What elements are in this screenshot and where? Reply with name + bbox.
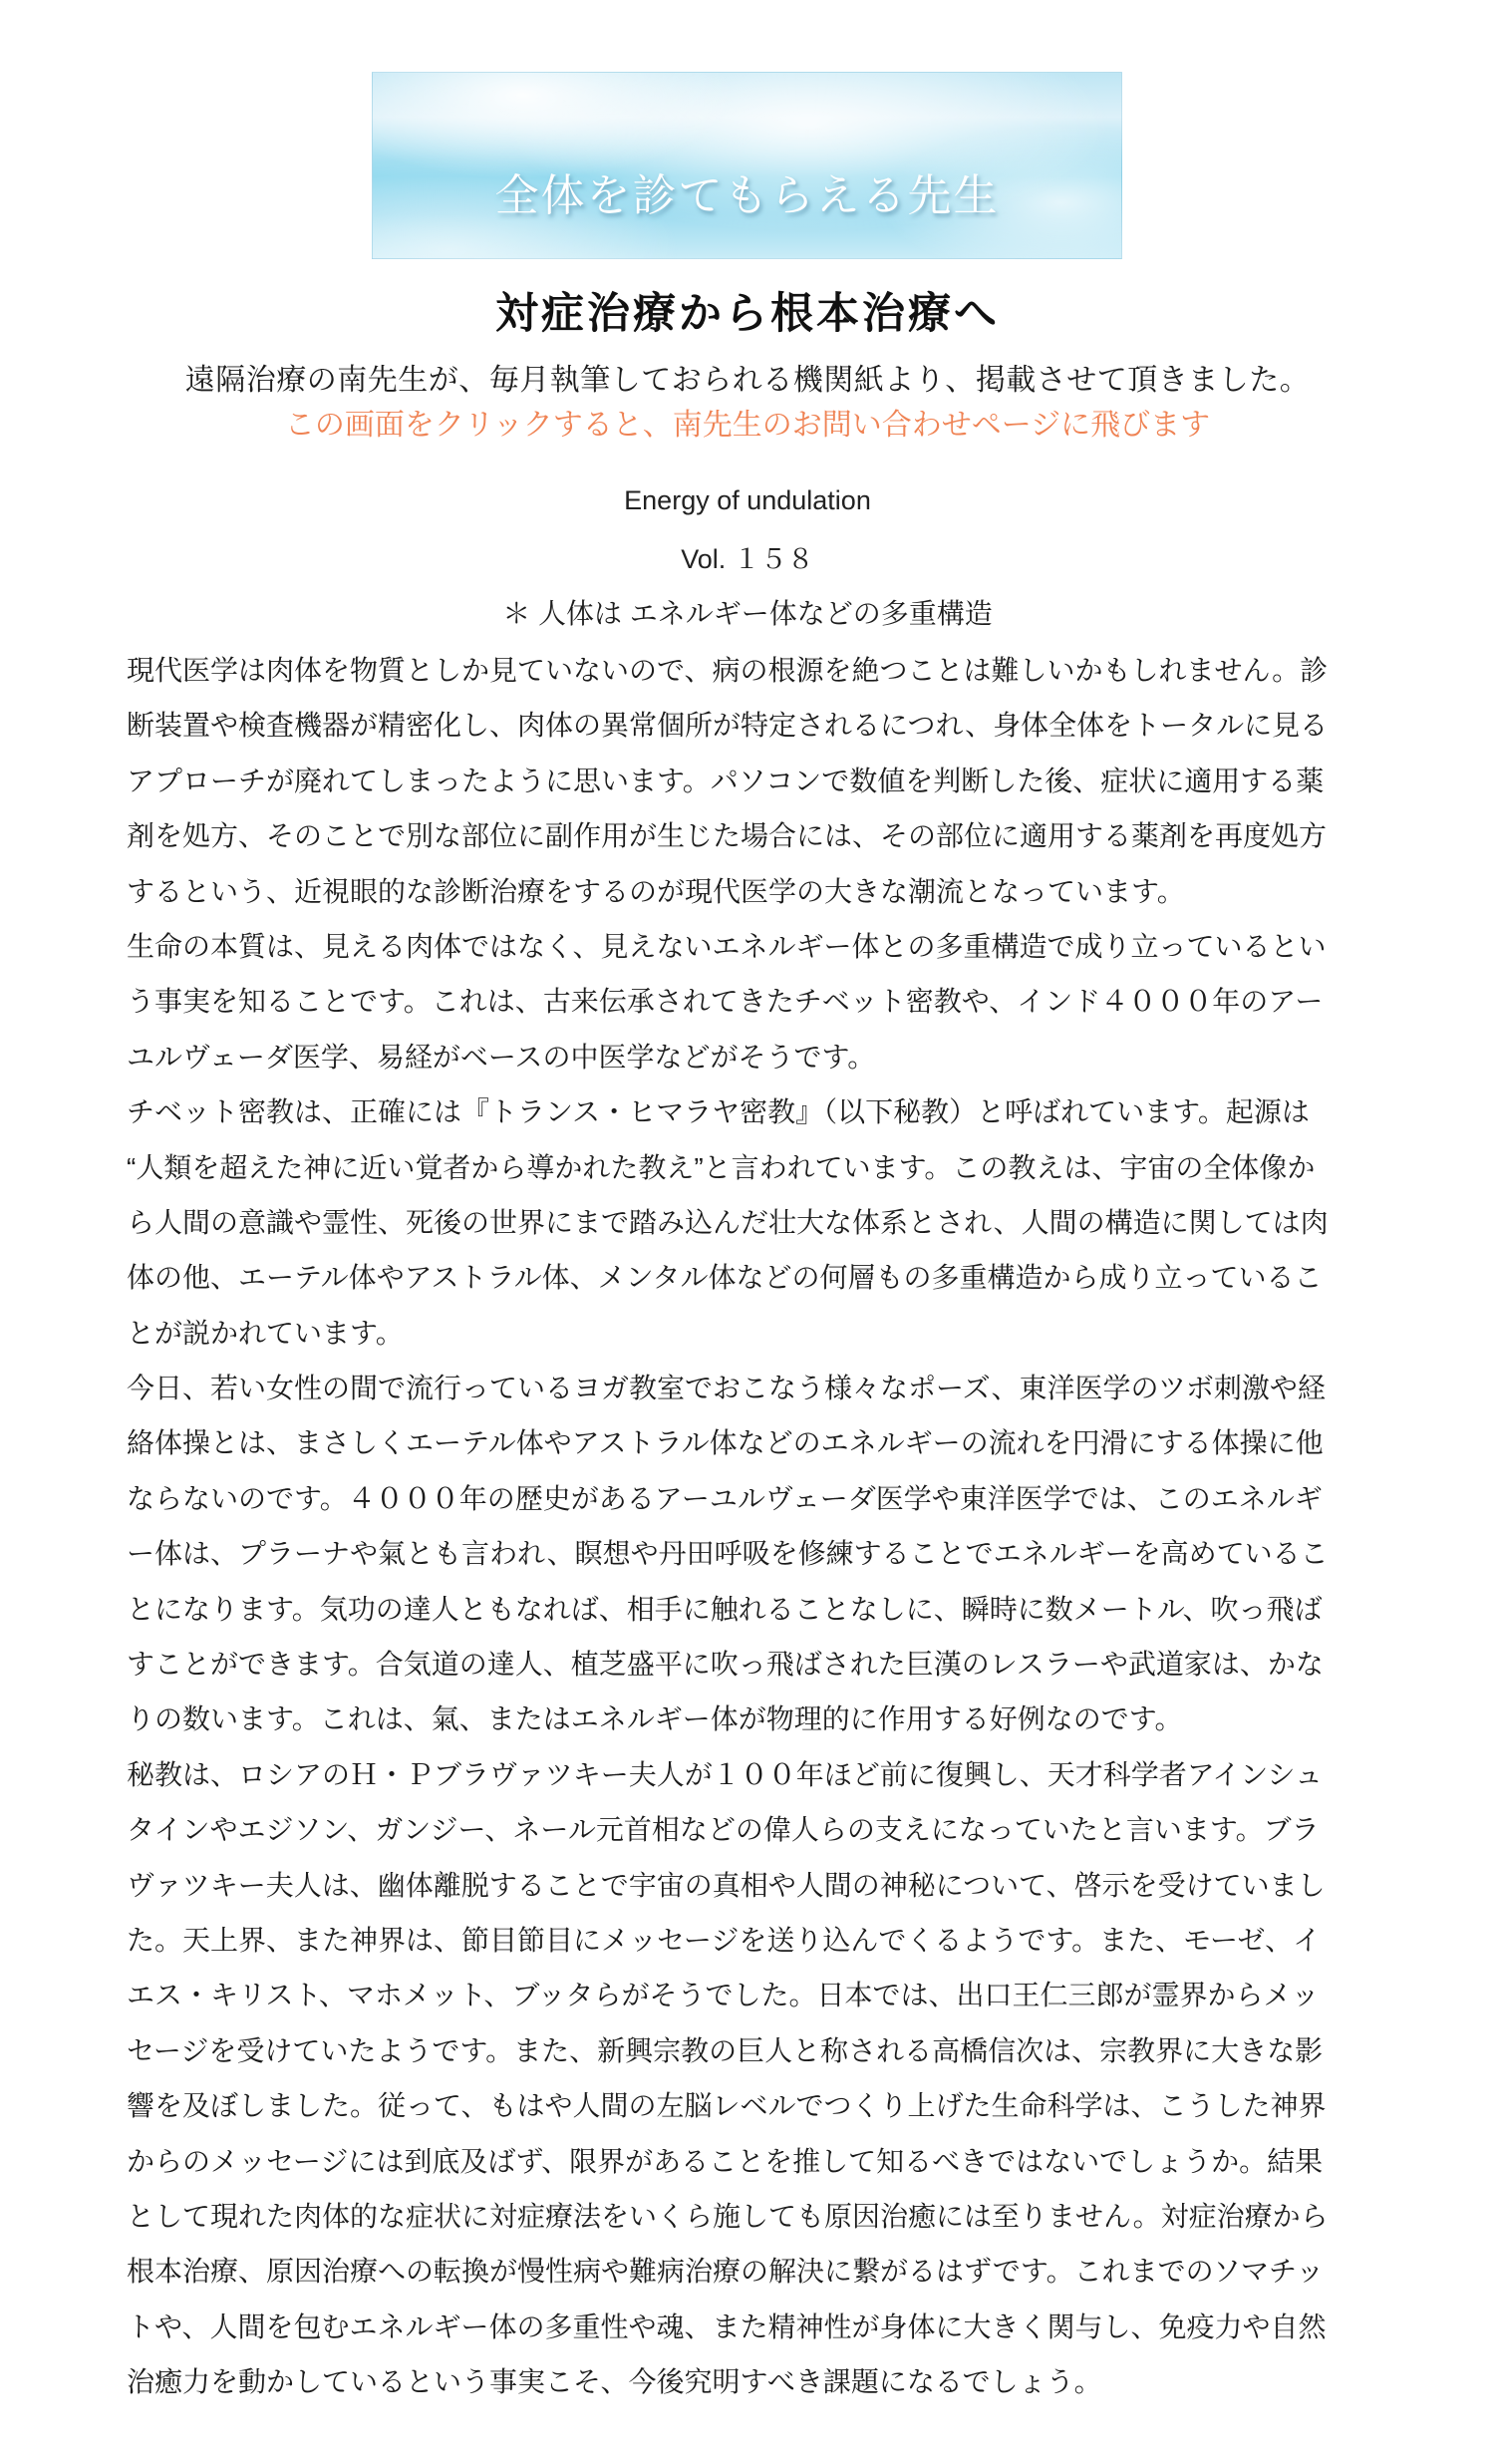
body-line: 体の他、エーテル体やアストラル体、メンタル体などの何層もの多重構造から成り立って… xyxy=(127,1250,1338,1305)
body-line: 秘教は、ロシアのＨ・Ｐブラヴァツキー夫人が１００年ほど前に復興し、天才科学者アイ… xyxy=(127,1747,1338,1802)
body-line: エス・キリスト、マホメット、ブッタらがそうでした。日本では、出口王仁三郎が霊界か… xyxy=(127,1968,1338,2022)
body-line: として現れた肉体的な症状に対症療法をいくら施しても原因治癒には至りません。対症治… xyxy=(127,2189,1338,2244)
article-body: 現代医学は肉体を物質としか見ていないので、病の根源を絶つことは難しいかもしれませ… xyxy=(127,643,1338,2410)
body-line: ユルヴェーダ医学、易経がベースの中医学などがそうです。 xyxy=(127,1030,1338,1084)
body-line: 絡体操とは、まさしくエーテル体やアストラル体などのエネルギーの流れを円滑にする体… xyxy=(127,1415,1338,1470)
volume-number: Vol. １５８ xyxy=(0,537,1495,576)
article-page: 全体を診てもらえる先生 対症治療から根本治療へ 遠隔治療の南先生が、毎月執筆して… xyxy=(0,0,1495,2464)
body-line: チベット密教は、正確には『トランス・ヒマラヤ密教』（以下秘教）と呼ばれています。… xyxy=(127,1084,1338,1139)
body-line: 治癒力を動かしているという事実こそ、今後究明すべき課題になるでしょう。 xyxy=(127,2354,1338,2409)
article-heading: ＊ 人体は エネルギー体などの多重構造 xyxy=(0,592,1495,632)
body-line: ら人間の意識や霊性、死後の世界にまで踏み込んだ壮大な体系とされ、人間の構造に関し… xyxy=(127,1195,1338,1250)
body-line: セージを受けていたようです。また、新興宗教の巨人と称される高橋信次は、宗教界に大… xyxy=(127,2023,1338,2078)
body-line: 生命の本質は、見える肉体ではなく、見えないエネルギー体との多重構造で成り立ってい… xyxy=(127,919,1338,974)
body-line: とになります。気功の達人ともなれば、相手に触れることなしに、瞬時に数メートル、吹… xyxy=(127,1582,1338,1637)
body-line: う事実を知ることです。これは、古来伝承されてきたチベット密教や、インド４０００年… xyxy=(127,974,1338,1029)
sky-banner-link[interactable]: 全体を診てもらえる先生 xyxy=(372,72,1122,259)
body-line: とが説かれています。 xyxy=(127,1306,1338,1361)
body-line: するという、近視眼的な診断治療をするのが現代医学の大きな潮流となっています。 xyxy=(127,864,1338,919)
banner-title: 全体を診てもらえる先生 xyxy=(495,159,1000,223)
body-line: ならないのです。４０００年の歴史があるアーユルヴェーダ医学や東洋医学では、このエ… xyxy=(127,1471,1338,1526)
body-line: 剤を処方、そのことで別な部位に副作用が生じた場合には、その部位に適用する薬剤を再… xyxy=(127,808,1338,863)
contact-page-link-note[interactable]: この画面をクリックすると、南先生のお問い合わせページに飛びます xyxy=(0,400,1495,444)
body-line: りの数います。これは、氣、またはエネルギー体が物理的に作用する好例なのです。 xyxy=(127,1692,1338,1746)
body-line: 響を及ぼしました。従って、もはや人間の左脳レベルでつくり上げた生命科学は、こうし… xyxy=(127,2078,1338,2133)
body-line: 断装置や検査機器が精密化し、肉体の異常個所が特定されるにつれ、身体全体をトータル… xyxy=(127,698,1338,753)
body-line: “人類を超えた神に近い覚者から導かれた教え”と言われています。この教えは、宇宙の… xyxy=(127,1140,1338,1195)
body-line: アプローチが廃れてしまったように思います。パソコンで数値を判断した後、症状に適用… xyxy=(127,754,1338,808)
body-line: トや、人間を包むエネルギー体の多重性や魂、また精神性が身体に大きく関与し、免疫力… xyxy=(127,2300,1338,2354)
page-title: 対症治療から根本治療へ xyxy=(0,280,1495,341)
body-line: 現代医学は肉体を物質としか見ていないので、病の根源を絶つことは難しいかもしれませ… xyxy=(127,643,1338,698)
body-line: すことができます。合気道の達人、植芝盛平に吹っ飛ばされた巨漢のレスラーや武道家は… xyxy=(127,1637,1338,1692)
body-line: た。天上界、また神界は、節目節目にメッセージを送り込んでくるようです。また、モー… xyxy=(127,1913,1338,1968)
body-line: からのメッセージには到底及ばず、限界があることを推して知るべきではないでしょうか… xyxy=(127,2134,1338,2189)
body-line: ー体は、プラーナや氣とも言われ、瞑想や丹田呼吸を修練することでエネルギーを高めて… xyxy=(127,1526,1338,1581)
body-line: ヴァツキー夫人は、幽体離脱することで宇宙の真相や人間の神秘について、啓示を受けて… xyxy=(127,1858,1338,1913)
series-title: Energy of undulation xyxy=(0,485,1495,516)
body-line: 根本治療、原因治療への転換が慢性病や難病治療の解決に繋がるはずです。これまでのソ… xyxy=(127,2244,1338,2299)
body-line: タインやエジソン、ガンジー、ネール元首相などの偉人らの支えになっていたと言います… xyxy=(127,1802,1338,1857)
body-line: 今日、若い女性の間で流行っているヨガ教室でおこなう様々なポーズ、東洋医学のツボ刺… xyxy=(127,1361,1338,1415)
page-subtitle: 遠隔治療の南先生が、毎月執筆しておられる機関紙より、掲載させて頂きました。 xyxy=(0,355,1495,399)
